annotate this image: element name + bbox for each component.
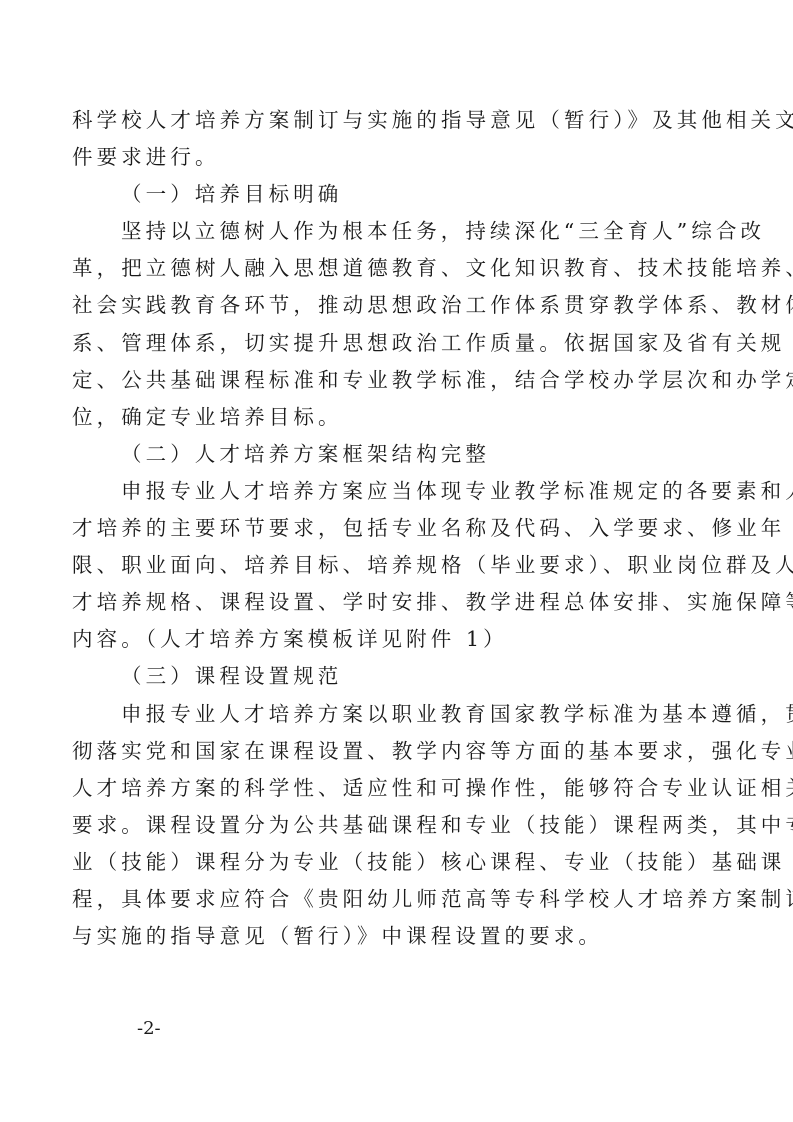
paragraph-start: 申报专业人才培养方案以职业教育国家教学标准为基本遵循，贯: [72, 696, 722, 733]
text-line: 革，把立德树人融入思想道德教育、文化知识教育、技术技能培养、: [72, 250, 722, 287]
section-heading-2: （二）人才培养方案框架结构完整: [72, 436, 722, 473]
text-line: 才培养规格、课程设置、学时安排、教学进程总体安排、实施保障等: [72, 584, 722, 621]
document-page: 科学校人才培养方案制订与实施的指导意见（暂行）》及其他相关文 件要求进行。 （一…: [0, 0, 793, 1122]
text-line: 科学校人才培养方案制订与实施的指导意见（暂行）》及其他相关文: [72, 102, 722, 139]
text-line: 才培养的主要环节要求，包括专业名称及代码、入学要求、修业年: [72, 510, 722, 547]
text-line: 限、职业面向、培养目标、培养规格（毕业要求）、职业岗位群及人: [72, 547, 722, 584]
text-line: 要求。课程设置分为公共基础课程和专业（技能）课程两类，其中专: [72, 807, 722, 844]
text-line: 系、管理体系，切实提升思想政治工作质量。依据国家及省有关规: [72, 325, 722, 362]
text-line: 人才培养方案的科学性、适应性和可操作性，能够符合专业认证相关: [72, 770, 722, 807]
section-heading-3: （三）课程设置规范: [72, 658, 722, 695]
text-line: 位，确定专业培养目标。: [72, 399, 722, 436]
paragraph-start: 申报专业人才培养方案应当体现专业教学标准规定的各要素和人: [72, 473, 722, 510]
text-line: 与实施的指导意见（暂行）》中课程设置的要求。: [72, 918, 722, 955]
paragraph-start: 坚持以立德树人作为根本任务，持续深化“三全育人”综合改: [72, 213, 722, 250]
page-number: -2-: [137, 1018, 161, 1039]
text-line: 社会实践教育各环节，推动思想政治工作体系贯穿教学体系、教材体: [72, 287, 722, 324]
text-line: 件要求进行。: [72, 139, 722, 176]
text-line: 内容。（人才培养方案模板详见附件 1）: [72, 621, 722, 658]
document-body: 科学校人才培养方案制订与实施的指导意见（暂行）》及其他相关文 件要求进行。 （一…: [72, 102, 722, 955]
section-heading-1: （一）培养目标明确: [72, 176, 722, 213]
text-line: 业（技能）课程分为专业（技能）核心课程、专业（技能）基础课: [72, 844, 722, 881]
text-line: 彻落实党和国家在课程设置、教学内容等方面的基本要求，强化专业: [72, 733, 722, 770]
text-line: 定、公共基础课程标准和专业教学标准，结合学校办学层次和办学定: [72, 362, 722, 399]
text-line: 程，具体要求应符合《贵阳幼儿师范高等专科学校人才培养方案制订: [72, 881, 722, 918]
